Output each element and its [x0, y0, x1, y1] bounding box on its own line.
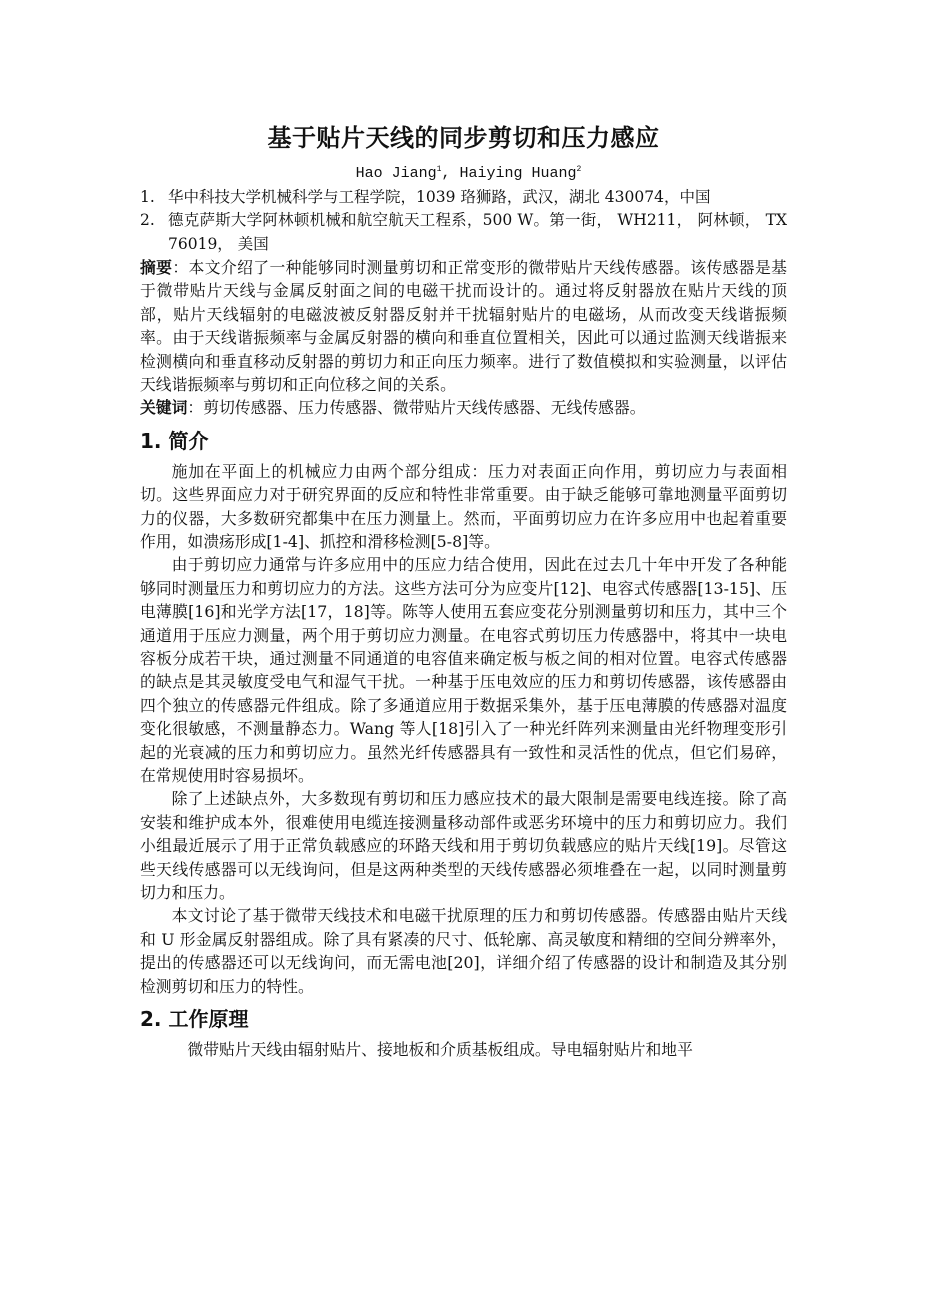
affiliation-text: 德克萨斯大学阿林顿机械和航空航天工程系，500 W。第一街， WH211， 阿林… [168, 209, 787, 256]
affiliation-number: 1. [140, 186, 168, 209]
body-paragraph: 微带贴片天线由辐射贴片、接地板和介质基板组成。导电辐射贴片和地平 [140, 1038, 787, 1061]
body-paragraph: 施加在平面上的机械应力由两个部分组成：压力对表面正向作用，剪切应力与表面相切。这… [140, 460, 787, 554]
paper-title: 基于贴片天线的同步剪切和压力感应 [140, 118, 787, 158]
section-heading-introduction: 1. 简介 [140, 426, 787, 456]
author-name: Haiying Huang [460, 165, 577, 182]
author-name: Hao Jiang [356, 165, 437, 182]
abstract-text: ：本文介绍了一种能够同时测量剪切和正常变形的微带贴片天线传感器。该传感器是基于微… [140, 258, 787, 394]
affiliation-item: 2. 德克萨斯大学阿林顿机械和航空航天工程系，500 W。第一街， WH211，… [140, 209, 787, 256]
affiliation-text: 华中科技大学机械科学与工程学院，1039 珞狮路，武汉，湖北 430074，中国 [168, 186, 787, 209]
keywords-label: 关键词 [140, 398, 187, 417]
author-separator: , [441, 165, 459, 182]
affiliation-item: 1. 华中科技大学机械科学与工程学院，1039 珞狮路，武汉，湖北 430074… [140, 186, 787, 209]
affiliation-number: 2. [140, 209, 168, 256]
author-line: Hao Jiang1, Haiying Huang2 [150, 158, 787, 186]
body-paragraph: 除了上述缺点外，大多数现有剪切和压力感应技术的最大限制是需要电线连接。除了高安装… [140, 787, 787, 904]
document-page: 基于贴片天线的同步剪切和压力感应 Hao Jiang1, Haiying Hua… [140, 118, 787, 1061]
keywords-text: ：剪切传感器、压力传感器、微带贴片天线传感器、无线传感器。 [187, 398, 645, 417]
keywords: 关键词：剪切传感器、压力传感器、微带贴片天线传感器、无线传感器。 [140, 396, 787, 419]
abstract: 摘要：本文介绍了一种能够同时测量剪切和正常变形的微带贴片天线传感器。该传感器是基… [140, 256, 787, 396]
author-affiliation-mark: 2 [577, 165, 582, 174]
body-paragraph: 本文讨论了基于微带天线技术和电磁干扰原理的压力和剪切传感器。传感器由贴片天线和 … [140, 904, 787, 998]
abstract-label: 摘要 [140, 258, 172, 277]
section-heading-working-principle: 2. 工作原理 [140, 1004, 787, 1034]
body-paragraph: 由于剪切应力通常与许多应用中的压应力结合使用，因此在过去几十年中开发了各种能够同… [140, 553, 787, 787]
